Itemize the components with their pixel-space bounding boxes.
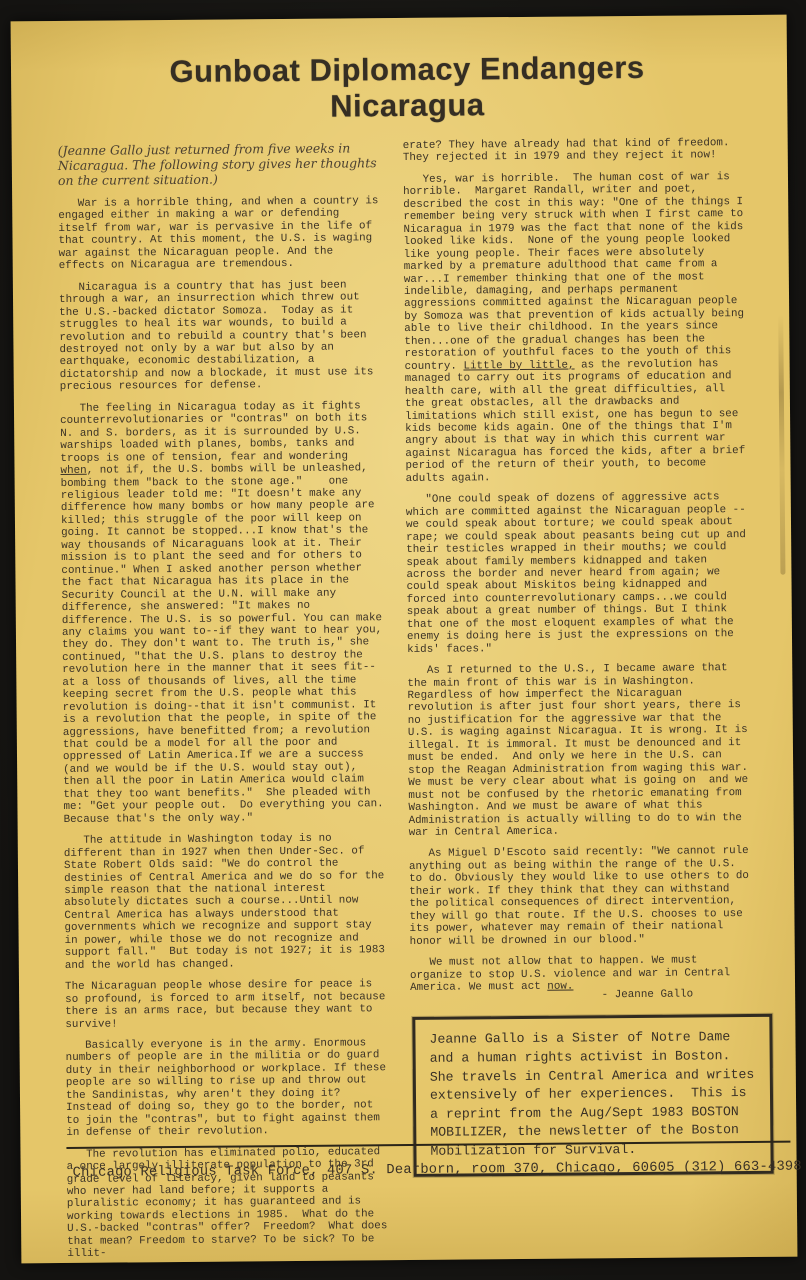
left-column: (Jeanne Gallo just returned from five we… [58, 140, 393, 1269]
paragraph: erate? They have already had that kind o… [403, 137, 748, 165]
info-box: Jeanne Gallo is a Sister of Notre Dame a… [412, 1014, 773, 1176]
right-column: erate? They have already had that kind o… [403, 137, 758, 1267]
paragraph: Basically everyone is in the army. Enorm… [65, 1037, 391, 1139]
paragraph: War is a horrible thing, and when a coun… [58, 195, 384, 273]
page-content: Gunboat Diplomacy Endangers Nicaragua (J… [11, 15, 798, 1270]
paragraph: Yes, war is horrible. The human cost of … [403, 171, 751, 485]
paragraph: The attitude in Washington today is no d… [64, 832, 390, 972]
paragraph: The feeling in Nicaragua today as it fig… [60, 400, 389, 826]
paper: Gunboat Diplomacy Endangers Nicaragua (J… [11, 15, 798, 1264]
paragraph: As I returned to the U.S., I became awar… [407, 662, 754, 839]
paragraph: Nicaragua is a country that has just bee… [59, 279, 385, 394]
right-column-paragraphs: erate? They have already had that kind o… [403, 137, 755, 994]
intro-note: (Jeanne Gallo just returned from five we… [58, 140, 383, 188]
two-column-layout: (Jeanne Gallo just returned from five we… [58, 137, 758, 1270]
paragraph: "One could speak of dozens of aggressive… [406, 491, 752, 656]
page-title: Gunboat Diplomacy Endangers Nicaragua [97, 49, 718, 126]
left-column-paragraphs: War is a horrible thing, and when a coun… [58, 195, 392, 1260]
scan-background: { "title": "Gunboat Diplomacy Endangers … [0, 0, 806, 1280]
paragraph: The Nicaraguan people whose desire for p… [65, 978, 390, 1031]
paragraph: As Miguel D'Escoto said recently: "We ca… [409, 845, 755, 948]
